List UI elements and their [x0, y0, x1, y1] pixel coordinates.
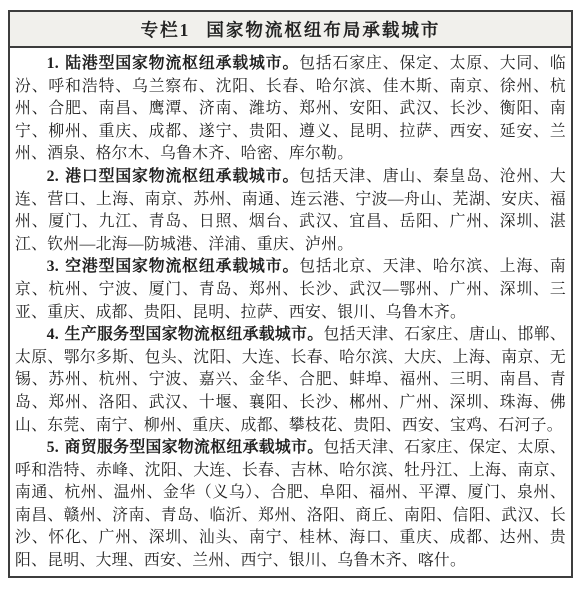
box-label: 专栏1 [141, 17, 191, 42]
section-lead: 生产服务型国家物流枢纽承载城市。 [65, 326, 324, 343]
section-lead: 陆港型国家物流枢纽承载城市。 [65, 55, 300, 72]
section-number: 2. [47, 168, 59, 185]
box-title-bar: 专栏1 国家物流枢纽布局承载城市 [10, 12, 571, 48]
section-land-port: 1.陆港型国家物流枢纽承载城市。包括石家庄、保定、太原、大同、临汾、呼和浩特、乌… [15, 53, 566, 166]
section-airport: 3.空港型国家物流枢纽承载城市。包括北京、天津、哈尔滨、上海、南京、杭州、宁波、… [15, 256, 566, 324]
section-lead: 空港型国家物流枢纽承载城市。 [65, 258, 300, 275]
box-title: 国家物流枢纽布局承载城市 [206, 17, 440, 42]
document-box: 专栏1 国家物流枢纽布局承载城市 1.陆港型国家物流枢纽承载城市。包括石家庄、保… [8, 10, 573, 578]
section-trade-service: 5.商贸服务型国家物流枢纽承载城市。包括天津、石家庄、保定、太原、呼和浩特、赤峰… [15, 437, 566, 573]
section-number: 3. [47, 258, 59, 275]
section-number: 4. [47, 326, 59, 343]
section-city-list: 包括天津、石家庄、保定、太原、呼和浩特、赤峰、沈阳、大连、长春、吉林、哈尔滨、牡… [15, 439, 566, 569]
section-lead: 商贸服务型国家物流枢纽承载城市。 [65, 439, 324, 456]
section-number: 1. [47, 55, 59, 72]
section-lead: 港口型国家物流枢纽承载城市。 [65, 168, 300, 185]
section-production-service: 4.生产服务型国家物流枢纽承载城市。包括天津、石家庄、唐山、邯郸、太原、鄂尔多斯… [15, 324, 566, 437]
section-number: 5. [47, 439, 59, 456]
box-body: 1.陆港型国家物流枢纽承载城市。包括石家庄、保定、太原、大同、临汾、呼和浩特、乌… [10, 48, 571, 573]
section-seaport: 2.港口型国家物流枢纽承载城市。包括天津、唐山、秦皇岛、沧州、大连、营口、上海、… [15, 166, 566, 256]
